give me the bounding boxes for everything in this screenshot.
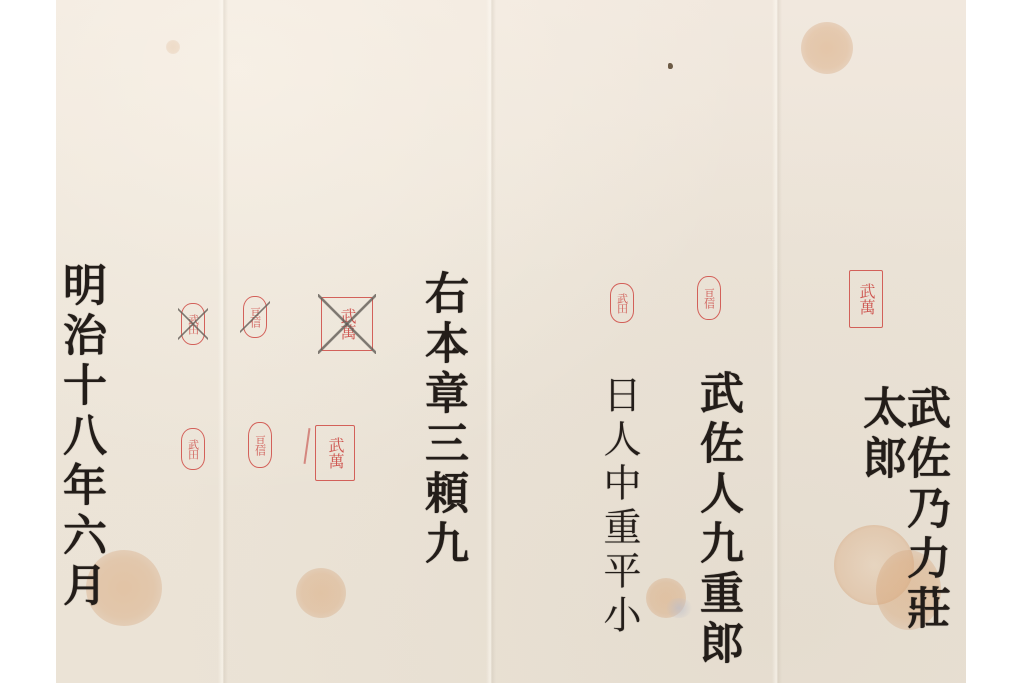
seal-stamp-oval: 亘信 bbox=[697, 276, 721, 320]
fold-line bbox=[218, 0, 228, 683]
fold-line bbox=[772, 0, 782, 683]
seal-stamp-oval: 武田 bbox=[610, 283, 634, 323]
seal-stamp-oval-cancelled: 武田 bbox=[181, 303, 205, 345]
document-paper: 武佐乃力莊太郎 武佐人九重郎 日人中重平小 右本章三頼九 明治十八年六月 武萬 … bbox=[56, 0, 966, 683]
seal-stamp-oval: 亘信 bbox=[248, 422, 272, 468]
seal-stamp-oval: 武田 bbox=[181, 428, 205, 470]
ink-speck bbox=[668, 63, 673, 69]
gray-mark bbox=[666, 598, 692, 618]
text-column-right-mid: 武佐人九重郎 bbox=[695, 370, 739, 670]
foxing-stain bbox=[166, 40, 180, 54]
text-column-date: 明治十八年六月 bbox=[58, 262, 102, 612]
foxing-stain bbox=[801, 22, 853, 74]
seal-stamp-oval-cancelled: 亘信 bbox=[243, 296, 267, 338]
text-column-center: 右本章三頼九 bbox=[420, 270, 464, 570]
foxing-stain bbox=[296, 568, 346, 618]
pencil-tick-mark bbox=[304, 428, 311, 464]
seal-stamp-square: 武萬 bbox=[315, 425, 355, 481]
seal-stamp-square: 武萬 bbox=[849, 270, 883, 328]
fold-line bbox=[486, 0, 496, 683]
seal-stamp-square-cancelled: 武萬 bbox=[321, 297, 373, 351]
text-column-mid: 日人中重平小 bbox=[600, 375, 638, 639]
text-column-right: 武佐乃力莊太郎 bbox=[858, 385, 946, 683]
